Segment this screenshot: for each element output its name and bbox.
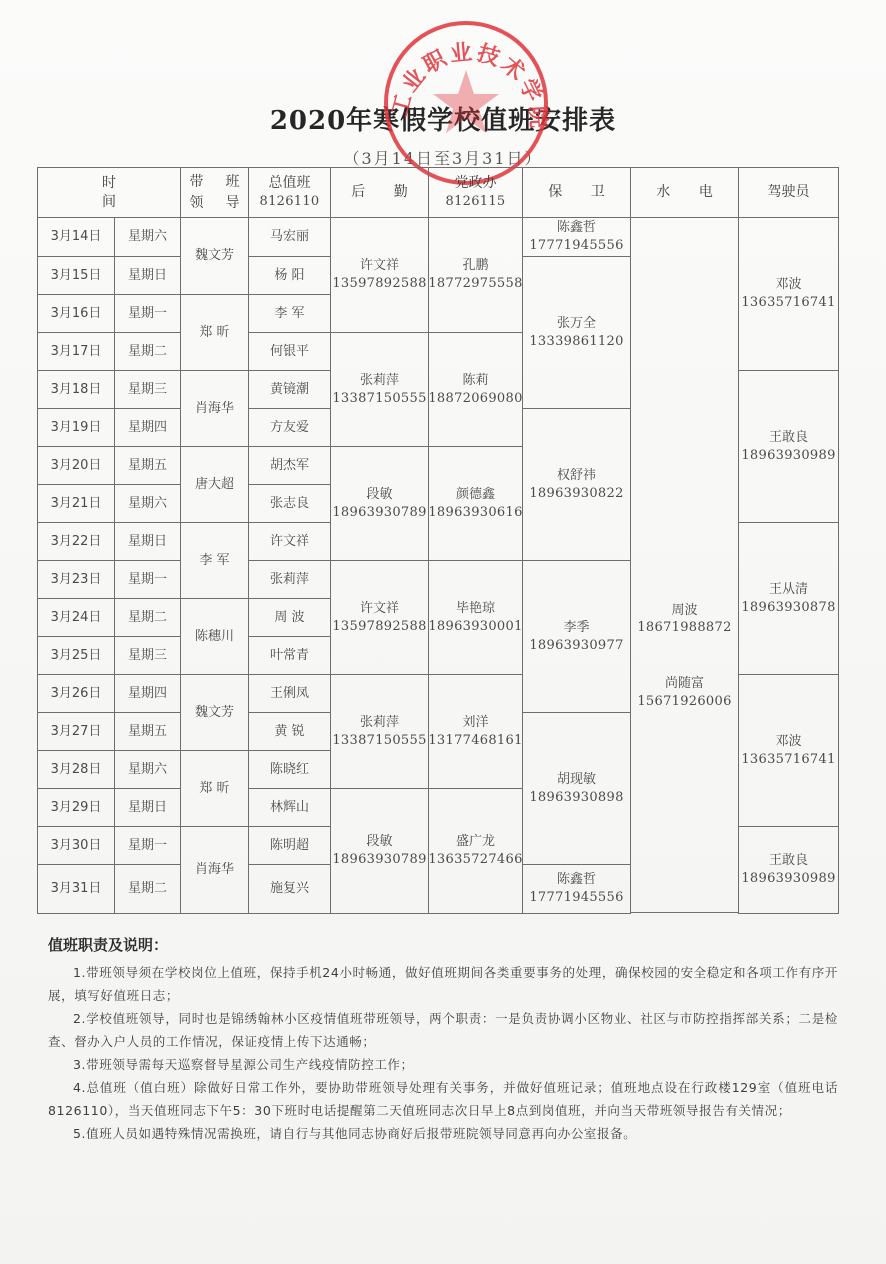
weekday-cell: 星期六 xyxy=(114,484,181,523)
date-cell: 3月29日 xyxy=(37,788,115,827)
logistics-phone: 18963930789 xyxy=(332,851,426,869)
general-duty-cell: 杨 阳 xyxy=(248,256,331,295)
date-cell: 3月21日 xyxy=(37,484,115,523)
party-office-phone: 13635727466 xyxy=(428,851,522,869)
leader-name: 陈穗川 xyxy=(195,628,234,646)
general-duty-name: 张志良 xyxy=(270,495,309,513)
date-cell: 3月27日 xyxy=(37,712,115,751)
party-office-cell: 刘洋13177468161 xyxy=(428,674,523,789)
header-general-duty: 总值班 8126110 xyxy=(248,167,331,218)
leader-cell: 魏文芳 xyxy=(180,674,249,751)
date: 3月15日 xyxy=(51,267,102,285)
security-phone: 13339861120 xyxy=(529,333,623,351)
weekday: 星期日 xyxy=(128,533,167,551)
general-duty-name: 马宏丽 xyxy=(270,228,309,246)
leader-cell: 肖海华 xyxy=(180,826,249,914)
date: 3月22日 xyxy=(51,533,102,551)
weekday: 星期六 xyxy=(128,761,167,779)
date-cell: 3月30日 xyxy=(37,826,115,865)
security-phone: 18963930977 xyxy=(529,637,623,655)
date: 3月31日 xyxy=(51,880,102,898)
date-cell: 3月16日 xyxy=(37,294,115,333)
general-duty-cell: 许文祥 xyxy=(248,522,331,561)
notes-title: 值班职责及说明： xyxy=(48,934,838,955)
general-duty-name: 胡杰军 xyxy=(270,457,309,475)
driver-phone: 18963930878 xyxy=(741,599,835,617)
party-office-name: 孔鹏 xyxy=(462,257,488,275)
leader-cell: 陈穗川 xyxy=(180,598,249,675)
general-duty-name: 周 波 xyxy=(274,609,304,627)
logistics-phone: 13387150555 xyxy=(332,732,426,750)
weekday-cell: 星期日 xyxy=(114,788,181,827)
header-driver: 驾驶员 xyxy=(738,167,839,218)
weekday: 星期一 xyxy=(128,837,167,855)
date-cell: 3月31日 xyxy=(37,864,115,914)
date: 3月29日 xyxy=(51,799,102,817)
note-item: 4.总值班（值白班）除做好日常工作外，要协助带班领导处理有关事务，并做好值班记录… xyxy=(48,1076,838,1122)
security-name: 权舒祎 xyxy=(557,467,596,485)
leader-cell: 唐大超 xyxy=(180,446,249,523)
note-item: 5.值班人员如遇特殊情况需换班，请自行与其他同志协商好后报带班院领导同意再向办公… xyxy=(48,1122,838,1145)
logistics-cell: 段敏18963930789 xyxy=(330,788,429,914)
driver-name: 王从清 xyxy=(769,581,808,599)
general-duty-name: 何银平 xyxy=(270,343,309,361)
leader-name: 李 军 xyxy=(199,552,229,570)
general-duty-name: 林辉山 xyxy=(270,799,309,817)
weekday-cell: 星期五 xyxy=(114,446,181,485)
date-cell: 3月15日 xyxy=(37,256,115,295)
date: 3月17日 xyxy=(51,343,102,361)
water-electric-phone: 18671988872 xyxy=(637,619,731,637)
driver-name: 邓波 xyxy=(775,733,801,751)
driver-name: 王敢良 xyxy=(769,852,808,870)
general-duty-cell: 黄镜潮 xyxy=(248,370,331,409)
weekday-cell: 星期二 xyxy=(114,864,181,914)
logistics-name: 许文祥 xyxy=(360,257,399,275)
general-duty-name: 黄镜潮 xyxy=(270,381,309,399)
security-phone: 18963930898 xyxy=(529,789,623,807)
logistics-cell: 张莉萍13387150555 xyxy=(330,674,429,789)
party-office-phone: 18872069080 xyxy=(428,390,522,408)
water-electric-cell: 周波 18671988872 尚随富 15671926006 xyxy=(630,217,739,913)
date-cell: 3月14日 xyxy=(37,217,115,257)
driver-cell: 邓波13635716741 xyxy=(738,217,839,371)
weekday-cell: 星期一 xyxy=(114,560,181,599)
driver-phone: 18963930989 xyxy=(741,870,835,888)
note-item: 1.带班领导须在学校岗位上值班，保持手机24小时畅通，做好值班期间各类重要事务的… xyxy=(48,961,838,1007)
leader-cell: 肖海华 xyxy=(180,370,249,447)
general-duty-cell: 施复兴 xyxy=(248,864,331,914)
weekday-cell: 星期日 xyxy=(114,522,181,561)
leader-cell: 郑 昕 xyxy=(180,294,249,371)
party-office-name: 盛广龙 xyxy=(456,833,495,851)
date-cell: 3月18日 xyxy=(37,370,115,409)
general-duty-cell: 马宏丽 xyxy=(248,217,331,257)
leader-name: 郑 昕 xyxy=(199,324,229,342)
general-duty-cell: 陈明超 xyxy=(248,826,331,865)
party-office-phone: 18963930616 xyxy=(428,504,522,522)
driver-cell: 王敢良18963930989 xyxy=(738,826,839,914)
driver-cell: 王从清18963930878 xyxy=(738,522,839,675)
party-office-cell: 盛广龙13635727466 xyxy=(428,788,523,914)
date: 3月21日 xyxy=(51,495,102,513)
security-cell: 陈鑫哲17771945556 xyxy=(522,864,631,914)
weekday: 星期四 xyxy=(128,685,167,703)
security-name: 张万全 xyxy=(557,315,596,333)
weekday: 星期五 xyxy=(128,457,167,475)
leader-cell: 魏文芳 xyxy=(180,217,249,295)
general-duty-name: 陈晓红 xyxy=(270,761,309,779)
note-item: 3.带班领导需每天巡察督导星源公司生产线疫情防控工作； xyxy=(48,1053,838,1076)
logistics-phone: 18963930789 xyxy=(332,504,426,522)
water-electric-phone: 15671926006 xyxy=(637,693,731,711)
date: 3月20日 xyxy=(51,457,102,475)
general-duty-name: 方友爱 xyxy=(270,419,309,437)
party-office-cell: 毕艳琼18963930001 xyxy=(428,560,523,675)
party-office-name: 陈莉 xyxy=(462,372,488,390)
weekday: 星期日 xyxy=(128,799,167,817)
general-duty-name: 王俐凤 xyxy=(270,685,309,703)
party-office-phone: 18963930001 xyxy=(428,618,522,636)
general-duty-cell: 张莉萍 xyxy=(248,560,331,599)
weekday-cell: 星期三 xyxy=(114,370,181,409)
date: 3月30日 xyxy=(51,837,102,855)
logistics-phone: 13597892588 xyxy=(332,275,426,293)
logistics-name: 段敏 xyxy=(366,486,392,504)
general-duty-cell: 何银平 xyxy=(248,332,331,371)
date-cell: 3月17日 xyxy=(37,332,115,371)
date: 3月14日 xyxy=(51,228,102,246)
general-duty-name: 杨 阳 xyxy=(274,267,304,285)
date-cell: 3月23日 xyxy=(37,560,115,599)
driver-phone: 13635716741 xyxy=(741,751,835,769)
weekday-cell: 星期六 xyxy=(114,750,181,789)
weekday: 星期三 xyxy=(128,381,167,399)
weekday: 星期二 xyxy=(128,343,167,361)
logistics-name: 段敏 xyxy=(366,833,392,851)
header-leader: 带班 领导 xyxy=(180,167,249,218)
leader-name: 肖海华 xyxy=(195,400,234,418)
weekday: 星期二 xyxy=(128,880,167,898)
general-duty-cell: 黄 锐 xyxy=(248,712,331,751)
date-cell: 3月25日 xyxy=(37,636,115,675)
weekday: 星期一 xyxy=(128,305,167,323)
date: 3月19日 xyxy=(51,419,102,437)
weekday-cell: 星期六 xyxy=(114,217,181,257)
general-duty-name: 许文祥 xyxy=(270,533,309,551)
driver-name: 邓波 xyxy=(775,276,801,294)
security-cell: 陈鑫哲17771945556 xyxy=(522,217,631,257)
leader-name: 郑 昕 xyxy=(199,780,229,798)
party-office-cell: 颜德鑫18963930616 xyxy=(428,446,523,561)
weekday-cell: 星期二 xyxy=(114,332,181,371)
date-cell: 3月24日 xyxy=(37,598,115,637)
general-duty-name: 施复兴 xyxy=(270,880,309,898)
weekday: 星期日 xyxy=(128,267,167,285)
weekday: 星期六 xyxy=(128,228,167,246)
header-water-electric: 水 电 xyxy=(630,167,739,218)
general-duty-cell: 周 波 xyxy=(248,598,331,637)
water-electric-name: 周波 xyxy=(671,602,697,620)
general-duty-name: 陈明超 xyxy=(270,837,309,855)
general-duty-name: 叶常青 xyxy=(270,647,309,665)
weekday: 星期一 xyxy=(128,571,167,589)
general-duty-cell: 胡杰军 xyxy=(248,446,331,485)
header-security: 保 卫 xyxy=(522,167,631,218)
logistics-phone: 13387150555 xyxy=(332,390,426,408)
weekday-cell: 星期五 xyxy=(114,712,181,751)
general-duty-cell: 叶常青 xyxy=(248,636,331,675)
weekday-cell: 星期二 xyxy=(114,598,181,637)
date-cell: 3月28日 xyxy=(37,750,115,789)
driver-phone: 18963930989 xyxy=(741,447,835,465)
general-duty-cell: 陈晓红 xyxy=(248,750,331,789)
leader-name: 唐大超 xyxy=(195,476,234,494)
general-duty-cell: 王俐凤 xyxy=(248,674,331,713)
weekday: 星期二 xyxy=(128,609,167,627)
party-office-phone: 13177468161 xyxy=(428,732,522,750)
security-name: 陈鑫哲 xyxy=(557,219,596,237)
date: 3月24日 xyxy=(51,609,102,627)
security-cell: 胡现敏18963930898 xyxy=(522,712,631,865)
water-electric-name: 尚随富 xyxy=(665,675,704,693)
party-office-name: 颜德鑫 xyxy=(456,486,495,504)
general-duty-cell: 方友爱 xyxy=(248,408,331,447)
security-cell: 张万全13339861120 xyxy=(522,256,631,409)
weekday-cell: 星期四 xyxy=(114,408,181,447)
security-name: 陈鑫哲 xyxy=(557,871,596,889)
logistics-phone: 13597892588 xyxy=(332,618,426,636)
note-item: 2.学校值班领导，同时也是锦绣翰林小区疫情值班带班领导，两个职责：一是负责协调小… xyxy=(48,1007,838,1053)
date: 3月25日 xyxy=(51,647,102,665)
logistics-cell: 张莉萍13387150555 xyxy=(330,332,429,447)
date: 3月28日 xyxy=(51,761,102,779)
driver-name: 王敢良 xyxy=(769,429,808,447)
header-time: 时 间 xyxy=(37,167,181,218)
weekday: 星期五 xyxy=(128,723,167,741)
leader-cell: 郑 昕 xyxy=(180,750,249,827)
logistics-cell: 许文祥13597892588 xyxy=(330,560,429,675)
date: 3月23日 xyxy=(51,571,102,589)
general-duty-name: 黄 锐 xyxy=(274,723,304,741)
date: 3月26日 xyxy=(51,685,102,703)
party-office-name: 毕艳琼 xyxy=(456,600,495,618)
date: 3月16日 xyxy=(51,305,102,323)
logistics-name: 张莉萍 xyxy=(360,372,399,390)
weekday-cell: 星期日 xyxy=(114,256,181,295)
date: 3月27日 xyxy=(51,723,102,741)
date: 3月18日 xyxy=(51,381,102,399)
weekday: 星期三 xyxy=(128,647,167,665)
security-phone: 17771945556 xyxy=(529,889,623,907)
party-office-phone: 18772975558 xyxy=(428,275,522,293)
general-duty-cell: 张志良 xyxy=(248,484,331,523)
party-office-cell: 孔鹏18772975558 xyxy=(428,217,523,333)
security-name: 李季 xyxy=(563,619,589,637)
leader-name: 肖海华 xyxy=(195,861,234,879)
weekday-cell: 星期四 xyxy=(114,674,181,713)
leader-cell: 李 军 xyxy=(180,522,249,599)
date-cell: 3月20日 xyxy=(37,446,115,485)
driver-phone: 13635716741 xyxy=(741,294,835,312)
security-phone: 17771945556 xyxy=(529,237,623,255)
date-cell: 3月19日 xyxy=(37,408,115,447)
driver-cell: 王敢良18963930989 xyxy=(738,370,839,523)
driver-cell: 邓波13635716741 xyxy=(738,674,839,827)
weekday: 星期四 xyxy=(128,419,167,437)
security-cell: 李季18963930977 xyxy=(522,560,631,713)
logistics-name: 许文祥 xyxy=(360,600,399,618)
weekday: 星期六 xyxy=(128,495,167,513)
security-name: 胡现敏 xyxy=(557,771,596,789)
weekday-cell: 星期三 xyxy=(114,636,181,675)
logistics-cell: 段敏18963930789 xyxy=(330,446,429,561)
header-logistics: 后 勤 xyxy=(330,167,429,218)
date-cell: 3月22日 xyxy=(37,522,115,561)
logistics-name: 张莉萍 xyxy=(360,714,399,732)
general-duty-cell: 林辉山 xyxy=(248,788,331,827)
general-duty-name: 张莉萍 xyxy=(270,571,309,589)
header-party-office: 党政办 8126115 xyxy=(428,167,523,218)
weekday-cell: 星期一 xyxy=(114,826,181,865)
security-phone: 18963930822 xyxy=(529,485,623,503)
date-cell: 3月26日 xyxy=(37,674,115,713)
party-office-name: 刘洋 xyxy=(462,714,488,732)
general-duty-cell: 李 军 xyxy=(248,294,331,333)
logistics-cell: 许文祥13597892588 xyxy=(330,217,429,333)
leader-name: 魏文芳 xyxy=(195,247,234,265)
weekday-cell: 星期一 xyxy=(114,294,181,333)
party-office-cell: 陈莉18872069080 xyxy=(428,332,523,447)
leader-name: 魏文芳 xyxy=(195,704,234,722)
duty-notes: 值班职责及说明： 1.带班领导须在学校岗位上值班，保持手机24小时畅通，做好值班… xyxy=(48,934,838,1145)
security-cell: 权舒祎18963930822 xyxy=(522,408,631,561)
general-duty-name: 李 军 xyxy=(274,305,304,323)
